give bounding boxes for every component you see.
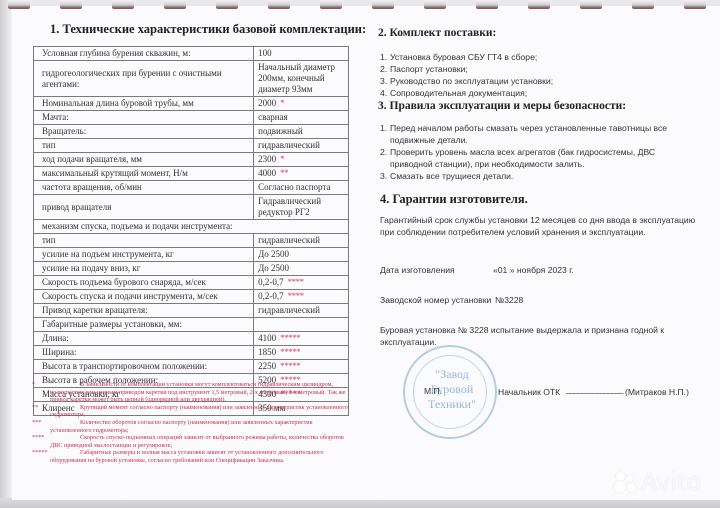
list-item: 2.Паспорт установки; [380,63,553,75]
spec-key: Длина: [34,332,254,346]
binding-ring [320,0,342,9]
binding-ring [476,0,498,9]
spec-key: Мачта: [34,111,254,125]
serial-label: Заводской номер установки [380,294,491,306]
footnote-text: Количество оборотов согласно паспорту (н… [50,419,350,434]
footnote-marker: * [280,154,284,164]
table-row: Скорость спуска и подачи инструмента, м/… [34,290,349,304]
binding-ring [112,0,134,9]
spec-value-text: подвижный [258,126,303,136]
binding-ring [164,0,186,9]
table-row: максимальный крутящий момент, Н/м4000** [34,167,349,181]
table-row: Ширина:1850***** [34,346,349,360]
spec-value: 2300* [254,153,349,167]
table-row: механизм спуска, подъема и подачи инстру… [34,220,349,234]
section2-title: 2. Комплект поставки: [378,27,496,39]
company-stamp: "Завод Буровой Техники" [403,345,497,439]
table-row: гидрогеологических при бурении с очистны… [34,61,349,97]
warranty-text: Гарантийный срок службы установки 12 мес… [380,214,700,238]
avito-text: Avito [641,468,701,496]
spec-value: сварная [254,111,349,125]
table-row: Скорость подъема бурового снаряда, м/сек… [34,276,349,290]
footnote-mark: ** [30,404,50,419]
spec-value-text: гидравлический [258,305,320,315]
spec-value: 4100***** [254,332,349,346]
spec-value: 4000** [254,167,349,181]
spec-key: механизм спуска, подъема и подачи инстру… [34,220,349,234]
binding-ring [632,0,654,9]
otk-name: (Митраков Н.П.) [625,386,689,398]
table-row: Номинальная длина буровой трубы, мм2000* [34,97,349,111]
spec-value: Начальный диаметр 200мм, конечный диамет… [254,61,349,97]
spec-value-text: гидравлический [258,235,320,245]
list-item: 4.Сопроводительная документация; [380,87,553,99]
footnotes: *В зависимости от комплектации установки… [30,381,350,465]
table-row: усилие на подъем инструмента, кгДо 2500 [34,248,349,262]
list-item: 2.Проверить уровень масла всех агрегатов… [380,146,670,170]
footnote-marker: **** [288,291,304,301]
spec-value-text: 1850 [258,347,276,357]
table-row: Высота в транспортировочном положении:22… [34,360,349,374]
spec-value: Согласно паспорта [254,181,349,195]
list-item-text: Установка буровая СБУ ГТ4 в сборе; [390,51,537,63]
footnote-text: Крутящий момент согласно паспорту (наиме… [50,404,350,419]
otk-label: Начальник ОТК [498,386,560,398]
binding-ring [268,0,290,9]
spec-value: гидравлический [254,139,349,153]
spec-key: усилие на подъем инструмента, кг [34,248,254,262]
spec-key: Высота в транспортировочном положении: [34,360,254,374]
binding-ring [684,0,706,9]
spec-value-text: 2000 [258,98,276,108]
spec-value: подвижный [254,125,349,139]
list-item-text: Сопроводительная документация; [390,87,527,99]
table-row: привод вращателяГидравлический редуктор … [34,195,349,220]
binding-ring [580,0,602,9]
delivery-list: 1.Установка буровая СБУ ГТ4 в сборе;2.Па… [380,51,553,99]
spec-value-text: 0,2-0,7 [258,277,284,287]
spec-value-text: Согласно паспорта [258,182,330,192]
mp-label: М.П. [424,386,442,396]
footnote: ****Скорость спуско-подъемных операций з… [30,434,350,449]
signature-line: _______________ [566,383,623,395]
list-number: 2. [380,63,390,75]
spec-key: максимальный крутящий момент, Н/м [34,167,254,181]
page-left-edge [0,0,12,508]
spec-value-text: 4000 [258,168,276,178]
spec-key: частота вращения, об/мин [34,181,254,195]
list-item: 1.Установка буровая СБУ ГТ4 в сборе; [380,51,553,63]
list-item: 1.Перед началом работы смазать через уст… [380,122,670,146]
table-row: типгидравлический [34,139,349,153]
spec-value: 2000* [254,97,349,111]
table-row: Условная глубина бурения скважин, м:100 [34,47,349,61]
spec-value-text: 2300 [258,154,276,164]
list-item-text: Перед началом работы смазать через устан… [390,122,670,146]
spec-key: Ширина: [34,346,254,360]
list-item-text: Смазать все трущиеся детали. [390,170,513,182]
footnote-mark: * [30,381,50,404]
spec-key: Скорость спуска и подачи инструмента, м/… [34,290,254,304]
list-item: 3.Руководство по эксплуатации установки; [380,75,553,87]
footnote-mark: ***** [30,449,50,464]
section1-title: 1. Технические характеристики базовой ко… [50,22,366,37]
binding-ring [528,0,550,9]
spec-value-text: До 2500 [258,249,289,259]
spec-value-text: До 2500 [258,263,289,273]
list-number: 1. [380,122,390,146]
spiral-binding [0,0,720,16]
list-item-text: Руководство по эксплуатации установки; [390,75,553,87]
table-row: Мачта:сварная [34,111,349,125]
table-row: ход подачи вращателя, мм2300* [34,153,349,167]
footnote-mark: *** [30,419,50,434]
footnote-marker: ** [280,168,288,178]
spec-value-text: 0,2-0,7 [258,291,284,301]
footnote: *В зависимости от комплектации установки… [30,381,350,404]
list-number: 4. [380,87,390,99]
binding-ring [60,0,82,9]
spec-value: 1850***** [254,346,349,360]
binding-ring [8,0,30,9]
list-item: 3.Смазать все трущиеся детали. [380,170,670,182]
spec-value-text: 2250 [258,361,276,371]
spec-value: До 2500 [254,262,349,276]
section4-title: 4. Гарантии изготовителя. [380,192,528,207]
spec-key: Привод каретки вращателя: [34,304,254,318]
list-number: 3. [380,170,390,182]
spec-value-text: Гидравлический редуктор РГ2 [258,196,321,217]
table-row: Габаритные размеры установки, мм: [34,318,349,332]
footnote-text: В зависимости от комплектации установки … [50,381,350,404]
table-row: типгидравлический [34,234,349,248]
spec-key: Номинальная длина буровой трубы, мм [34,97,254,111]
list-number: 2. [380,146,390,170]
table-row: частота вращения, об/минСогласно паспорт… [34,181,349,195]
binding-ring [216,0,238,9]
table-row: Длина:4100***** [34,332,349,346]
list-number: 3. [380,75,390,87]
serial-value: №3228 [495,294,523,306]
table-row: Привод каретки вращателя:гидравлический [34,304,349,318]
date-label: Дата изготовления [380,264,455,276]
spec-table: Условная глубина бурения скважин, м:100г… [33,46,349,416]
avito-watermark: Avito [614,468,701,496]
spec-value: гидравлический [254,234,349,248]
footnote-text: Скорость спуско-подъемных операций завис… [50,434,350,449]
spec-key: Скорость подъема бурового снаряда, м/сек [34,276,254,290]
table-row: Вращатель:подвижный [34,125,349,139]
list-item-text: Паспорт установки; [390,63,468,75]
stamp-line3: Техники" [405,397,499,412]
binding-ring [372,0,394,9]
list-number: 1. [380,51,390,63]
table-row: усилие на подачу вниз, кгДо 2500 [34,262,349,276]
spec-key: тип [34,139,254,153]
spec-value-text: Начальный диаметр 200мм, конечный диамет… [258,62,335,94]
section3-title: 3. Правила эксплуатации и меры безопасно… [378,100,626,112]
footnote-marker: * [280,98,284,108]
spec-value: 2250***** [254,360,349,374]
spec-value: гидравлический [254,304,349,318]
spec-key: гидрогеологических при бурении с очистны… [34,61,254,97]
spec-value-text: сварная [258,112,288,122]
footnote-mark: **** [30,434,50,449]
spec-key: ход подачи вращателя, мм [34,153,254,167]
spec-value-text: 4100 [258,333,276,343]
stamp-line2: Буровой [405,382,499,397]
spec-value: До 2500 [254,248,349,262]
date-value: «01 » ноября 2023 г. [493,264,574,276]
footnote-marker: **** [288,277,304,287]
spec-key: Габаритные размеры установки, мм: [34,318,254,332]
spec-value-text: гидравлический [258,140,320,150]
stamp-text: "Завод Буровой Техники" [405,367,499,412]
spec-key: Вращатель: [34,125,254,139]
spec-value-text: 100 [258,48,272,58]
spec-key: привод вращателя [34,195,254,220]
spec-value: 0,2-0,7**** [254,290,349,304]
rules-list: 1.Перед началом работы смазать через уст… [380,122,670,182]
spec-key: Условная глубина бурения скважин, м: [34,47,254,61]
footnote-text: Габаритные размеры и полная масса устано… [50,449,350,464]
avito-logo-icon [614,471,638,493]
footnote: *****Габаритные размеры и полная масса у… [30,449,350,464]
acceptance-text: Буровая установка № 3228 испытание выдер… [380,324,680,348]
footnote-marker: ***** [280,347,300,357]
footnote: **Крутящий момент согласно паспорту (наи… [30,404,350,419]
footnote: ***Количество оборотов согласно паспорту… [30,419,350,434]
spec-key: усилие на подачу вниз, кг [34,262,254,276]
spec-key: тип [34,234,254,248]
spec-value: 100 [254,47,349,61]
spec-value [254,318,349,332]
binding-ring [424,0,446,9]
stamp-line1: "Завод [405,367,499,382]
list-item-text: Проверить уровень масла всех агрегатов (… [390,146,670,170]
footnote-marker: ***** [280,333,300,343]
spec-value: Гидравлический редуктор РГ2 [254,195,349,220]
spec-value: 0,2-0,7**** [254,276,349,290]
footnote-marker: ***** [280,361,300,371]
